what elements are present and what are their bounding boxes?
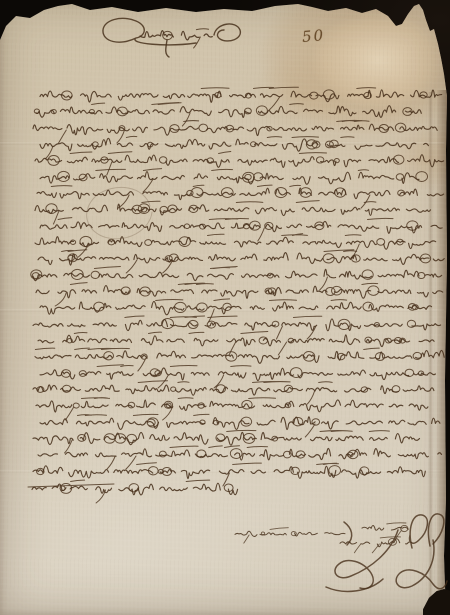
manuscript-paper [0, 0, 450, 615]
horizontal-fold-crease [0, 309, 444, 312]
horizontal-fold-crease [0, 142, 444, 145]
horizontal-fold-crease [0, 470, 444, 473]
photo-background: 50 [0, 0, 450, 615]
paper-right-edge-shading [437, 90, 447, 615]
folio-number: 50 [301, 26, 326, 46]
vertical-fold-shadow [428, 92, 433, 615]
